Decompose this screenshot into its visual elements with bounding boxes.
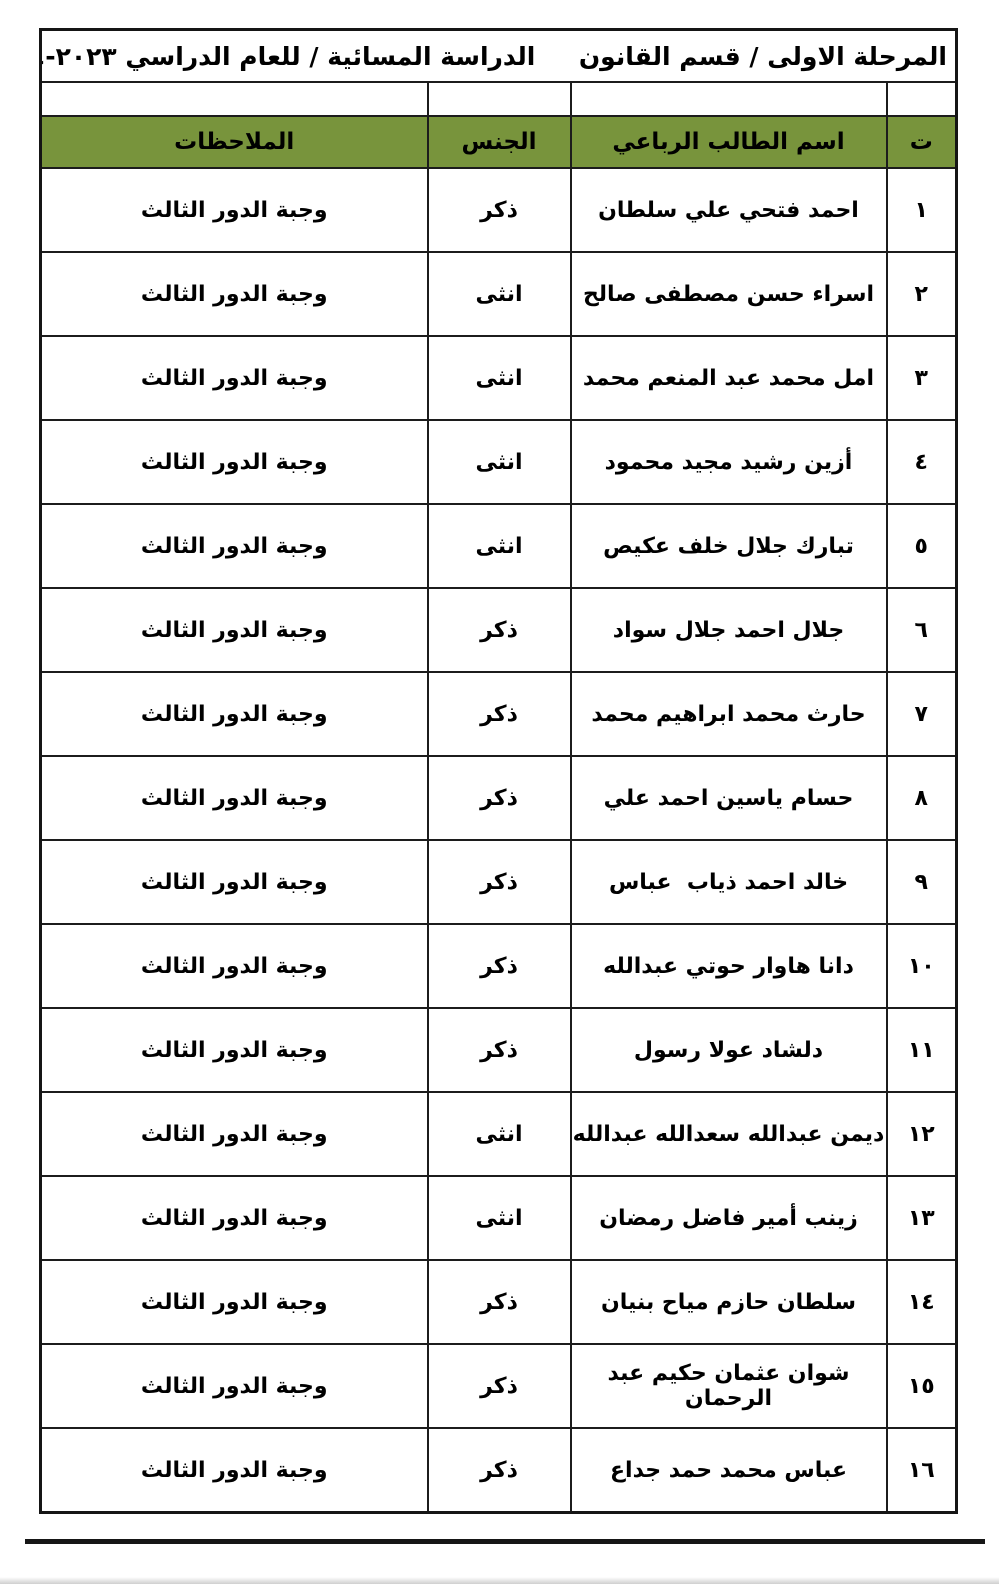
table-row: ١٠ دانا هاوار حوتي عبدالله ذكر وجبة الدو…: [40, 924, 956, 1008]
table-row: ٨ حسام ياسين احمد علي ذكر وجبة الدور الث…: [40, 756, 956, 840]
notes-cell: وجبة الدور الثالث: [40, 504, 427, 588]
row-number-cell: ٦: [887, 588, 957, 672]
row-number-cell: ١٢: [887, 1092, 957, 1176]
notes-cell: وجبة الدور الثالث: [40, 1344, 427, 1428]
gender-cell: ذكر: [428, 168, 571, 252]
gender-cell: ذكر: [428, 924, 571, 1008]
table-row: ١٣ زينب أمير فاضل رمضان انثى وجبة الدور …: [40, 1176, 956, 1260]
notes-cell: وجبة الدور الثالث: [40, 1092, 427, 1176]
column-header-row: ت اسم الطالب الرباعي الجنس الملاحظات: [40, 116, 956, 168]
row-number-cell: ١٦: [887, 1428, 957, 1513]
notes-cell: وجبة الدور الثالث: [40, 1008, 427, 1092]
notes-cell: وجبة الدور الثالث: [40, 1176, 427, 1260]
table-row: ٥ تبارك جلال خلف عكيص انثى وجبة الدور ال…: [40, 504, 956, 588]
row-number-cell: ٩: [887, 840, 957, 924]
notes-cell: وجبة الدور الثالث: [40, 168, 427, 252]
student-name-cell: شوان عثمان حكيم عبد الرحمان: [571, 1344, 887, 1428]
table-row: ١٤ سلطان حازم مياح بنيان ذكر وجبة الدور …: [40, 1260, 956, 1344]
table-row: ٧ حارث محمد ابراهيم محمد ذكر وجبة الدور …: [40, 672, 956, 756]
student-name-cell: عباس محمد حمد جداع: [571, 1428, 887, 1513]
student-name-cell: حارث محمد ابراهيم محمد: [571, 672, 887, 756]
student-roster-table: المرحلة الاولى / قسم القانون الدراسة الم…: [39, 28, 958, 1514]
row-number-cell: ٥: [887, 504, 957, 588]
student-name-cell: خالد احمد ذياب عباس: [571, 840, 887, 924]
notes-cell: وجبة الدور الثالث: [40, 756, 427, 840]
header-gender: الجنس: [428, 116, 571, 168]
student-rows: ١ احمد فتحي علي سلطان ذكر وجبة الدور الث…: [40, 168, 956, 1513]
student-name-cell: اسراء حسن مصطفى صالح: [571, 252, 887, 336]
gender-cell: انثى: [428, 504, 571, 588]
gender-cell: ذكر: [428, 588, 571, 672]
gender-cell: انثى: [428, 420, 571, 504]
gender-cell: ذكر: [428, 672, 571, 756]
table-row: ٢ اسراء حسن مصطفى صالح انثى وجبة الدور ا…: [40, 252, 956, 336]
gender-cell: ذكر: [428, 756, 571, 840]
gender-cell: ذكر: [428, 1260, 571, 1344]
notes-cell: وجبة الدور الثالث: [40, 672, 427, 756]
student-name-cell: امل محمد عبد المنعم محمد: [571, 336, 887, 420]
empty-cell: [40, 82, 427, 116]
notes-cell: وجبة الدور الثالث: [40, 840, 427, 924]
row-number-cell: ٨: [887, 756, 957, 840]
header-student-name: اسم الطالب الرباعي: [571, 116, 887, 168]
student-roster-sheet: المرحلة الاولى / قسم القانون الدراسة الم…: [42, 28, 958, 1514]
student-name-cell: دلشاد عولا رسول: [571, 1008, 887, 1092]
student-name-cell: زينب أمير فاضل رمضان: [571, 1176, 887, 1260]
gender-cell: ذكر: [428, 840, 571, 924]
row-number-cell: ٤: [887, 420, 957, 504]
student-name-cell: أزين رشيد مجيد محمود: [571, 420, 887, 504]
gender-cell: انثى: [428, 252, 571, 336]
row-number-cell: ٧: [887, 672, 957, 756]
table-row: ١٥ شوان عثمان حكيم عبد الرحمان ذكر وجبة …: [40, 1344, 956, 1428]
notes-cell: وجبة الدور الثالث: [40, 588, 427, 672]
student-name-cell: دانا هاوار حوتي عبدالله: [571, 924, 887, 1008]
empty-cell: [428, 82, 571, 116]
page-title: المرحلة الاولى / قسم القانون الدراسة الم…: [40, 30, 956, 83]
scanned-document-page: { "page": { "title": "المرحلة الاولى / ق…: [0, 0, 999, 1584]
table-row: ١٢ ديمن عبدالله سعدالله عبدالله انثى وجب…: [40, 1092, 956, 1176]
notes-cell: وجبة الدور الثالث: [40, 336, 427, 420]
table-row: ١١ دلشاد عولا رسول ذكر وجبة الدور الثالث: [40, 1008, 956, 1092]
header-notes: الملاحظات: [40, 116, 427, 168]
notes-cell: وجبة الدور الثالث: [40, 924, 427, 1008]
row-number-cell: ١١: [887, 1008, 957, 1092]
title-row: المرحلة الاولى / قسم القانون الدراسة الم…: [40, 30, 956, 83]
row-number-cell: ١: [887, 168, 957, 252]
empty-cell: [887, 82, 957, 116]
row-number-cell: ٣: [887, 336, 957, 420]
gender-cell: انثى: [428, 1176, 571, 1260]
student-name-cell: سلطان حازم مياح بنيان: [571, 1260, 887, 1344]
notes-cell: وجبة الدور الثالث: [40, 420, 427, 504]
row-number-cell: ١٥: [887, 1344, 957, 1428]
student-name-cell: حسام ياسين احمد علي: [571, 756, 887, 840]
gender-cell: انثى: [428, 336, 571, 420]
notes-cell: وجبة الدور الثالث: [40, 1428, 427, 1513]
empty-cell: [571, 82, 887, 116]
row-number-cell: ٢: [887, 252, 957, 336]
row-number-cell: ١٠: [887, 924, 957, 1008]
table-row: ٤ أزين رشيد مجيد محمود انثى وجبة الدور ا…: [40, 420, 956, 504]
spacer-row: [40, 82, 956, 116]
student-name-cell: ديمن عبدالله سعدالله عبدالله: [571, 1092, 887, 1176]
table-row: ٦ جلال احمد جلال سواد ذكر وجبة الدور الث…: [40, 588, 956, 672]
table-row: ٩ خالد احمد ذياب عباس ذكر وجبة الدور الث…: [40, 840, 956, 924]
gender-cell: ذكر: [428, 1008, 571, 1092]
student-name-cell: جلال احمد جلال سواد: [571, 588, 887, 672]
table-row: ٣ امل محمد عبد المنعم محمد انثى وجبة الد…: [40, 336, 956, 420]
notes-cell: وجبة الدور الثالث: [40, 252, 427, 336]
row-number-cell: ١٣: [887, 1176, 957, 1260]
table-bottom-rule: [25, 1539, 985, 1544]
table-row: ١٦ عباس محمد حمد جداع ذكر وجبة الدور الث…: [40, 1428, 956, 1513]
student-name-cell: احمد فتحي علي سلطان: [571, 168, 887, 252]
scan-edge-shadow: [0, 1577, 999, 1584]
gender-cell: ذكر: [428, 1344, 571, 1428]
table-row: ١ احمد فتحي علي سلطان ذكر وجبة الدور الث…: [40, 168, 956, 252]
gender-cell: ذكر: [428, 1428, 571, 1513]
notes-cell: وجبة الدور الثالث: [40, 1260, 427, 1344]
row-number-cell: ١٤: [887, 1260, 957, 1344]
student-name-cell: تبارك جلال خلف عكيص: [571, 504, 887, 588]
header-serial: ت: [887, 116, 957, 168]
gender-cell: انثى: [428, 1092, 571, 1176]
